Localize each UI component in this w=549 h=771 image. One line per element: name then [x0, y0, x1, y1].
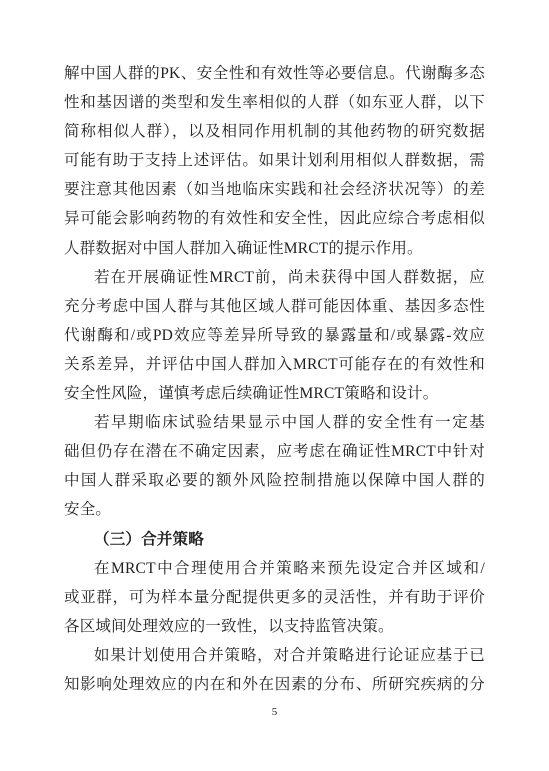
body-text-line: 安全。 — [64, 495, 485, 524]
body-text-line: 或亚群，可为样本量分配提供更多的灵活性，并有助于评价 — [64, 583, 485, 612]
body-text-line: 若在开展确证性MRCT前，尚未获得中国人群数据，应 — [64, 263, 485, 292]
section-heading: （三）合并策略 — [64, 525, 485, 554]
body-text-line: 要注意其他因素（如当地临床实践和社会经济状况等）的差 — [64, 175, 485, 204]
body-text-line: 代谢酶和/或PD效应等差异所导致的暴露量和/或暴露-效应 — [64, 321, 485, 350]
body-text-line: 解中国人群的PK、安全性和有效性等必要信息。代谢酶多态 — [64, 59, 485, 88]
body-text-line: 简称相似人群），以及相同作用机制的其他药物的研究数据 — [64, 117, 485, 146]
body-text-line: 关系差异，并评估中国人群加入MRCT可能存在的有效性和 — [64, 350, 485, 379]
body-text-line: 性和基因谱的类型和发生率相似的人群（如东亚人群，以下 — [64, 88, 485, 117]
body-text-line: 知影响处理效应的内在和外在因素的分布、所研究疾病的分 — [64, 670, 485, 699]
body-text-line: 各区域间处理效应的一致性，以支持监管决策。 — [64, 612, 485, 641]
body-text-line: 础但仍存在潜在不确定因素，应考虑在确证性MRCT中针对 — [64, 437, 485, 466]
body-text-line: 若早期临床试验结果显示中国人群的安全性有一定基 — [64, 408, 485, 437]
body-text-line: 充分考虑中国人群与其他区域人群可能因体重、基因多态性 — [64, 292, 485, 321]
body-text-line: 安全性风险，谨慎考虑后续确证性MRCT策略和设计。 — [64, 379, 485, 408]
body-text-line: 如果计划使用合并策略，对合并策略进行论证应基于已 — [64, 641, 485, 670]
body-text-line: 中国人群采取必要的额外风险控制措施以保障中国人群的 — [64, 466, 485, 495]
body-text-line: 异可能会影响药物的有效性和安全性，因此应综合考虑相似 — [64, 204, 485, 233]
body-text: 解中国人群的PK、安全性和有效性等必要信息。代谢酶多态 性和基因谱的类型和发生率… — [64, 59, 485, 699]
body-text-line: 人群数据对中国人群加入确证性MRCT的提示作用。 — [64, 234, 485, 263]
body-text-line: 在MRCT中合理使用合并策略来预先设定合并区域和/ — [64, 554, 485, 583]
body-text-line: 可能有助于支持上述评估。如果计划利用相似人群数据，需 — [64, 146, 485, 175]
document-page: 解中国人群的PK、安全性和有效性等必要信息。代谢酶多态 性和基因谱的类型和发生率… — [0, 0, 549, 771]
page-number: 5 — [0, 705, 549, 719]
